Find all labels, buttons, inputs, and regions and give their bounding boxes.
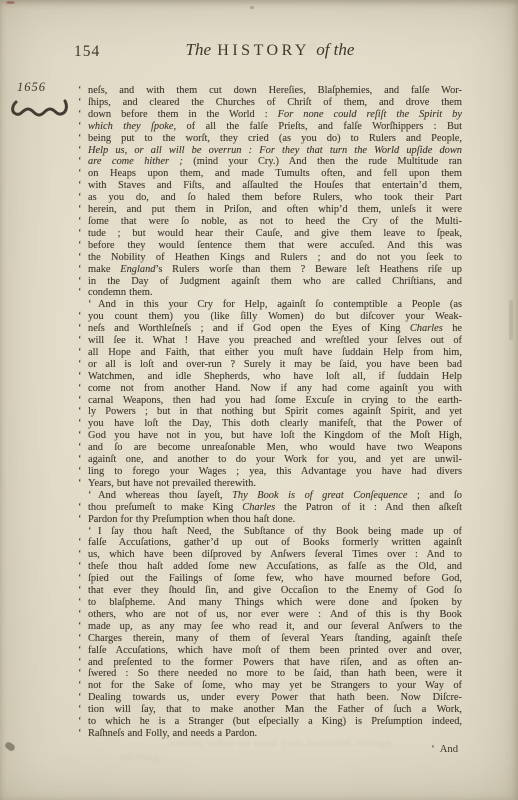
text-line: ‘falſe Accuſations, gather’d up out of B… bbox=[78, 537, 462, 549]
quote-mark: ‘ bbox=[78, 668, 81, 680]
text-block: ‘neſs, and with them cut down Hereſies, … bbox=[78, 85, 462, 740]
text-line: ‘condemn them. bbox=[78, 287, 462, 299]
text-line: ‘to which he is a Stranger (but eſpecial… bbox=[78, 716, 462, 728]
text-line: ‘which they ſpoke, of all the falſe Prie… bbox=[78, 121, 462, 133]
quote-mark: ‘ bbox=[78, 121, 81, 133]
text-line: ‘neſs and Worthleſneſs ; and if God open… bbox=[78, 323, 462, 335]
text-line: ‘Watchmen, and idle Shepherds, who have … bbox=[78, 371, 462, 383]
roman-text: Pardon for thy Preſumption when thou haſ… bbox=[88, 514, 295, 525]
quote-mark: ‘ bbox=[78, 204, 81, 216]
roman-text: Watchmen, and idle Shepherds, who have l… bbox=[88, 371, 462, 382]
text-line: ‘Years, but have not prevailed therewith… bbox=[78, 478, 462, 490]
italic-text: For none could reſiſt the Spirit by bbox=[278, 109, 462, 120]
roman-text: us, which have been diſproved by Anſwers… bbox=[88, 549, 462, 560]
roman-text: you count them) you (like ſilly Women) d… bbox=[88, 311, 462, 322]
quote-mark: ‘ bbox=[78, 680, 81, 692]
text-line: ‘And in this your Cry for Help, againſt … bbox=[78, 299, 462, 311]
quote-mark: ‘ bbox=[78, 192, 81, 204]
catchword-text: And bbox=[440, 744, 458, 755]
text-line: ‘being put to the worſt, they cried (as … bbox=[78, 133, 462, 145]
quote-mark: ‘ bbox=[78, 383, 81, 395]
roman-text: theſe thou haſt added ſome new Accuſatio… bbox=[88, 561, 462, 572]
text-line: ‘will ſee it. What ! Have you preached a… bbox=[78, 335, 462, 347]
text-line: ‘ling to forego your Wages ; yea, this A… bbox=[78, 466, 462, 478]
scan-speck bbox=[509, 300, 513, 340]
roman-text: carnal Weapons, then had you had ſome Ex… bbox=[88, 395, 462, 406]
quote-mark: ‘ bbox=[78, 216, 81, 228]
text-line: ‘againſt one, and another to do your Wor… bbox=[78, 454, 462, 466]
text-line: ‘God you have not in you, but have loſt … bbox=[78, 430, 462, 442]
text-line: ‘on Heaps upon them, and made Tumults of… bbox=[78, 168, 462, 180]
text-line: ‘tion will ſay, that to make another Man… bbox=[78, 704, 462, 716]
roman-text: being put to the worſt, they cried (as y… bbox=[88, 133, 462, 144]
roman-text: and preſented to the former Powers that … bbox=[88, 657, 462, 668]
text-line: ‘tude ; but would hear their Cauſe, and … bbox=[78, 228, 462, 240]
text-line: ‘falſe Accuſations, which have moſt of t… bbox=[78, 645, 462, 657]
quote-mark: ‘ bbox=[78, 323, 81, 335]
italic-text: Thy Book is of great Conſequence bbox=[232, 490, 407, 501]
roman-text: will ſee it. What ! Have you preached an… bbox=[88, 335, 462, 346]
roman-text: ſpied out the Failings of ſome few, who … bbox=[88, 573, 462, 584]
italic-text: Charles bbox=[410, 323, 443, 334]
text-line: ‘Charges therein, many of them of ſevera… bbox=[78, 633, 462, 645]
roman-text: falſe Accuſations, which have moſt of th… bbox=[88, 645, 462, 656]
text-line: ‘Dealing towards us, under every Power t… bbox=[78, 692, 462, 704]
roman-text: Charges therein, many of them of ſeveral… bbox=[88, 633, 462, 644]
roman-text: the Nobility of Heathen Kings and Rulers… bbox=[88, 252, 462, 263]
quote-mark: ‘ bbox=[78, 633, 81, 645]
roman-text: neſs and Worthleſneſs ; and if God open … bbox=[88, 323, 410, 334]
roman-text: in the Day of Judgment againſt them who … bbox=[88, 276, 462, 287]
quote-mark: ‘ bbox=[78, 502, 81, 514]
text-line: ‘or all is loſt and over-run ? Surely it… bbox=[78, 359, 462, 371]
flourish-icon bbox=[10, 97, 72, 125]
roman-text: tion will ſay, that to make another Man … bbox=[88, 704, 462, 715]
running-title-caps: HISTORY bbox=[217, 42, 310, 59]
roman-text: and ſo are become unreaſonable Men, who … bbox=[88, 442, 462, 453]
quote-mark: ‘ bbox=[78, 395, 81, 407]
quote-mark: ‘ bbox=[78, 276, 81, 288]
quote-mark: ‘ bbox=[78, 573, 81, 585]
roman-text: neſs, and with them cut down Hereſies, B… bbox=[88, 85, 462, 96]
text-line: ‘in the Day of Judgment againſt them who… bbox=[78, 276, 462, 288]
quote-mark: ‘ bbox=[78, 478, 81, 490]
text-line: ‘others, who are not of us, nor ever wer… bbox=[78, 609, 462, 621]
roman-text: falſe Accuſations, gather’d up out of Bo… bbox=[88, 537, 462, 548]
roman-text: ’s Rulers worſe than them ? Beware leſt … bbox=[155, 264, 462, 275]
quote-mark: ‘ bbox=[78, 728, 81, 740]
roman-text: Dealing towards us, under every Power th… bbox=[88, 692, 462, 703]
text-line: ‘ſome that were ſo noble, as not to heed… bbox=[78, 216, 462, 228]
roman-text: And in this your Cry for Help, againſt ſ… bbox=[98, 299, 462, 310]
text-line: ‘all Hope and Faith, that either you muſ… bbox=[78, 347, 462, 359]
text-line: ‘make England’s Rulers worſe than them ?… bbox=[78, 264, 462, 276]
roman-text: againſt one, and another to do your Work… bbox=[88, 454, 462, 465]
text-line: ‘as you do, and ſo haled them before Rul… bbox=[78, 192, 462, 204]
text-line: ‘to blaſpheme. And many Things which wer… bbox=[78, 597, 462, 609]
quote-mark: ‘ bbox=[88, 299, 91, 311]
scan-speck bbox=[250, 6, 254, 9]
quote-mark: ‘ bbox=[78, 418, 81, 430]
quote-mark: ‘ bbox=[78, 561, 81, 573]
roman-text: I ſay thou haſt Need, the Subſtance of t… bbox=[98, 526, 462, 537]
roman-text: ſome that were ſo noble, as not to heed … bbox=[88, 216, 462, 227]
text-line: ‘made up, as any may ſee who read it, an… bbox=[78, 621, 462, 633]
quote-mark: ‘ bbox=[78, 716, 81, 728]
quote-mark: ‘ bbox=[78, 228, 81, 240]
text-line: ‘thou preſumeſt to make King Charles the… bbox=[78, 502, 462, 514]
text-line: ‘you have loſt the Day, This doth clearl… bbox=[78, 418, 462, 430]
roman-text: that ever they ſhould ſin, and give Occa… bbox=[88, 585, 462, 596]
book-page: 154 The HISTORY of the 1656 ‘neſs, and w… bbox=[0, 0, 518, 800]
roman-text: , of all the falſe Prieſts, and falſe Wo… bbox=[173, 121, 462, 132]
quote-mark: ‘ bbox=[88, 490, 91, 502]
roman-text: make bbox=[88, 264, 120, 275]
scan-speck bbox=[4, 741, 16, 752]
text-line: ‘us, which have been diſproved by Anſwer… bbox=[78, 549, 462, 561]
running-title: The HISTORY of the bbox=[78, 40, 462, 60]
roman-text: others, who are not of us, nor ever were… bbox=[88, 609, 462, 620]
quote-mark: ‘ bbox=[78, 85, 81, 97]
quote-mark: ‘ bbox=[78, 347, 81, 359]
italic-text: Charles bbox=[242, 502, 275, 513]
quote-mark: ‘ bbox=[78, 311, 81, 323]
quote-mark: ‘ bbox=[78, 692, 81, 704]
quote-mark: ‘ bbox=[78, 645, 81, 657]
quote-mark: ‘ bbox=[78, 109, 81, 121]
text-line: ‘before they would ſentence them that we… bbox=[78, 240, 462, 252]
quote-mark: ‘ bbox=[78, 514, 81, 526]
roman-text: as you do, and ſo haled them before Rule… bbox=[88, 192, 462, 203]
quote-mark: ‘ bbox=[78, 371, 81, 383]
quote-mark: ‘ bbox=[78, 442, 81, 454]
roman-text: God you have not in you, but have loſt t… bbox=[88, 430, 462, 441]
quote-mark: ‘ bbox=[78, 145, 81, 157]
quote-mark: ‘ bbox=[78, 657, 81, 669]
text-line: ‘Help us, or all will be overrun : For t… bbox=[78, 145, 462, 157]
roman-text: he bbox=[443, 323, 462, 334]
text-line: ‘carnal Weapons, then had you had ſome E… bbox=[78, 395, 462, 407]
quote-mark: ‘ bbox=[78, 240, 81, 252]
text-line: ‘herein, and put them in Priſon, and oft… bbox=[78, 204, 462, 216]
quote-mark: ‘ bbox=[78, 264, 81, 276]
roman-text: all Hope and Faith, that either you muſt… bbox=[88, 347, 462, 358]
roman-text: tude ; but would hear their Cauſe, and g… bbox=[88, 228, 462, 239]
catchword: ‘And bbox=[78, 744, 458, 755]
text-line: ‘not for the Sake of ſome, who may yet b… bbox=[78, 680, 462, 692]
running-title-post: of the bbox=[316, 40, 354, 59]
italic-text: Help us, or all will be overrun : For th… bbox=[88, 145, 462, 156]
text-line: ‘that ever they ſhould ſin, and give Occ… bbox=[78, 585, 462, 597]
roman-text: ly Powers ; but in that nothing but Spir… bbox=[88, 406, 462, 417]
text-line: ‘Raſhneſs and Folly, and needs a Pardon. bbox=[78, 728, 462, 740]
quote-mark: ‘ bbox=[78, 585, 81, 597]
margin-year: 1656 bbox=[17, 80, 46, 95]
roman-text: ſwered : So there needed no more to be ſ… bbox=[88, 668, 462, 679]
quote-mark: ‘ bbox=[78, 549, 81, 561]
roman-text: ling to forego your Wages ; yea, this Ad… bbox=[88, 466, 462, 477]
text-line: ‘ly Powers ; but in that nothing but Spi… bbox=[78, 406, 462, 418]
quote-mark: ‘ bbox=[78, 335, 81, 347]
roman-text: down before them in the World : bbox=[88, 109, 278, 120]
text-line: ‘with Staves and Fiſts, and aſſaulted th… bbox=[78, 180, 462, 192]
text-line: ‘ſhips, and cleared the Churches of Chri… bbox=[78, 97, 462, 109]
roman-text: herein, and put them in Priſon, and ofte… bbox=[88, 204, 462, 215]
quote-mark: ‘ bbox=[78, 621, 81, 633]
scan-speck bbox=[6, 1, 15, 4]
roman-text: come not from another Hand. Now if any h… bbox=[88, 383, 462, 394]
text-line: ‘ſpied out the Failings of ſome few, who… bbox=[78, 573, 462, 585]
roman-text: Raſhneſs and Folly, and needs a Pardon. bbox=[88, 728, 257, 739]
quote-mark: ‘ bbox=[78, 97, 81, 109]
text-line: ‘the Nobility of Heathen Kings and Ruler… bbox=[78, 252, 462, 264]
italic-text: England bbox=[120, 264, 155, 275]
quote-mark: ‘ bbox=[78, 430, 81, 442]
quote-mark: ‘ bbox=[78, 359, 81, 371]
roman-text: ſhips, and cleared the Churches of Chriſ… bbox=[88, 97, 462, 108]
text-line: ‘come not from another Hand. Now if any … bbox=[78, 383, 462, 395]
text-line: ‘neſs, and with them cut down Hereſies, … bbox=[78, 85, 462, 97]
roman-text: And whereas thou ſayeſt, bbox=[98, 490, 232, 501]
text-line: ‘you count them) you (like ſilly Women) … bbox=[78, 311, 462, 323]
roman-text: ; and ſo bbox=[407, 490, 462, 501]
quote-mark: ‘ bbox=[78, 156, 81, 168]
roman-text: condemn them. bbox=[88, 287, 153, 298]
italic-text: are come hither ; bbox=[88, 156, 183, 167]
text-line: ‘Pardon for thy Preſumption when thou ha… bbox=[78, 514, 462, 526]
quote-mark: ‘ bbox=[78, 454, 81, 466]
quote-mark: ‘ bbox=[88, 526, 91, 538]
roman-text: with Staves and Fiſts, and aſſaulted the… bbox=[88, 180, 462, 191]
text-line: ‘ſwered : So there needed no more to be … bbox=[78, 668, 462, 680]
roman-text: not for the Sake of ſome, who may yet be… bbox=[88, 680, 462, 691]
catchword-quote-mark: ‘ bbox=[431, 744, 435, 755]
text-line: ‘and preſented to the former Powers that… bbox=[78, 657, 462, 669]
roman-text: thou preſumeſt to make King bbox=[88, 502, 242, 513]
quote-mark: ‘ bbox=[78, 466, 81, 478]
text-line: ‘theſe thou haſt added ſome new Accuſati… bbox=[78, 561, 462, 573]
roman-text: you have loſt the Day, This doth clearly… bbox=[88, 418, 462, 429]
text-line: ‘down before them in the World : For non… bbox=[78, 109, 462, 121]
roman-text: Years, but have not prevailed therewith. bbox=[88, 478, 256, 489]
quote-mark: ‘ bbox=[78, 537, 81, 549]
quote-mark: ‘ bbox=[78, 597, 81, 609]
quote-mark: ‘ bbox=[78, 133, 81, 145]
text-line: ‘I ſay thou haſt Need, the Subſtance of … bbox=[78, 526, 462, 538]
roman-text: to blaſpheme. And many Things which were… bbox=[88, 597, 462, 608]
roman-text: (mind your Cry.) And then the rude Multi… bbox=[183, 156, 462, 167]
quote-mark: ‘ bbox=[78, 252, 81, 264]
quote-mark: ‘ bbox=[78, 406, 81, 418]
quote-mark: ‘ bbox=[78, 609, 81, 621]
running-title-pre: The bbox=[186, 40, 212, 59]
roman-text: made up, as any may ſee who read it, and… bbox=[88, 621, 462, 632]
text-line: ‘and ſo are become unreaſonable Men, who… bbox=[78, 442, 462, 454]
italic-text: which they ſpoke bbox=[88, 121, 173, 132]
roman-text: or all is loſt and over-run ? Surely it … bbox=[88, 359, 462, 370]
roman-text: to which he is a Stranger (but eſpeciall… bbox=[88, 716, 462, 727]
text-line: ‘are come hither ; (mind your Cry.) And … bbox=[78, 156, 462, 168]
roman-text: the Patron of it : And then aſkeſt bbox=[275, 502, 462, 513]
quote-mark: ‘ bbox=[78, 287, 81, 299]
roman-text: on Heaps upon them, and made Tumults oft… bbox=[88, 168, 462, 179]
quote-mark: ‘ bbox=[78, 168, 81, 180]
text-line: ‘And whereas thou ſayeſt, Thy Book is of… bbox=[78, 490, 462, 502]
quote-mark: ‘ bbox=[78, 704, 81, 716]
quote-mark: ‘ bbox=[78, 180, 81, 192]
roman-text: before they would ſentence them that wer… bbox=[88, 240, 462, 251]
